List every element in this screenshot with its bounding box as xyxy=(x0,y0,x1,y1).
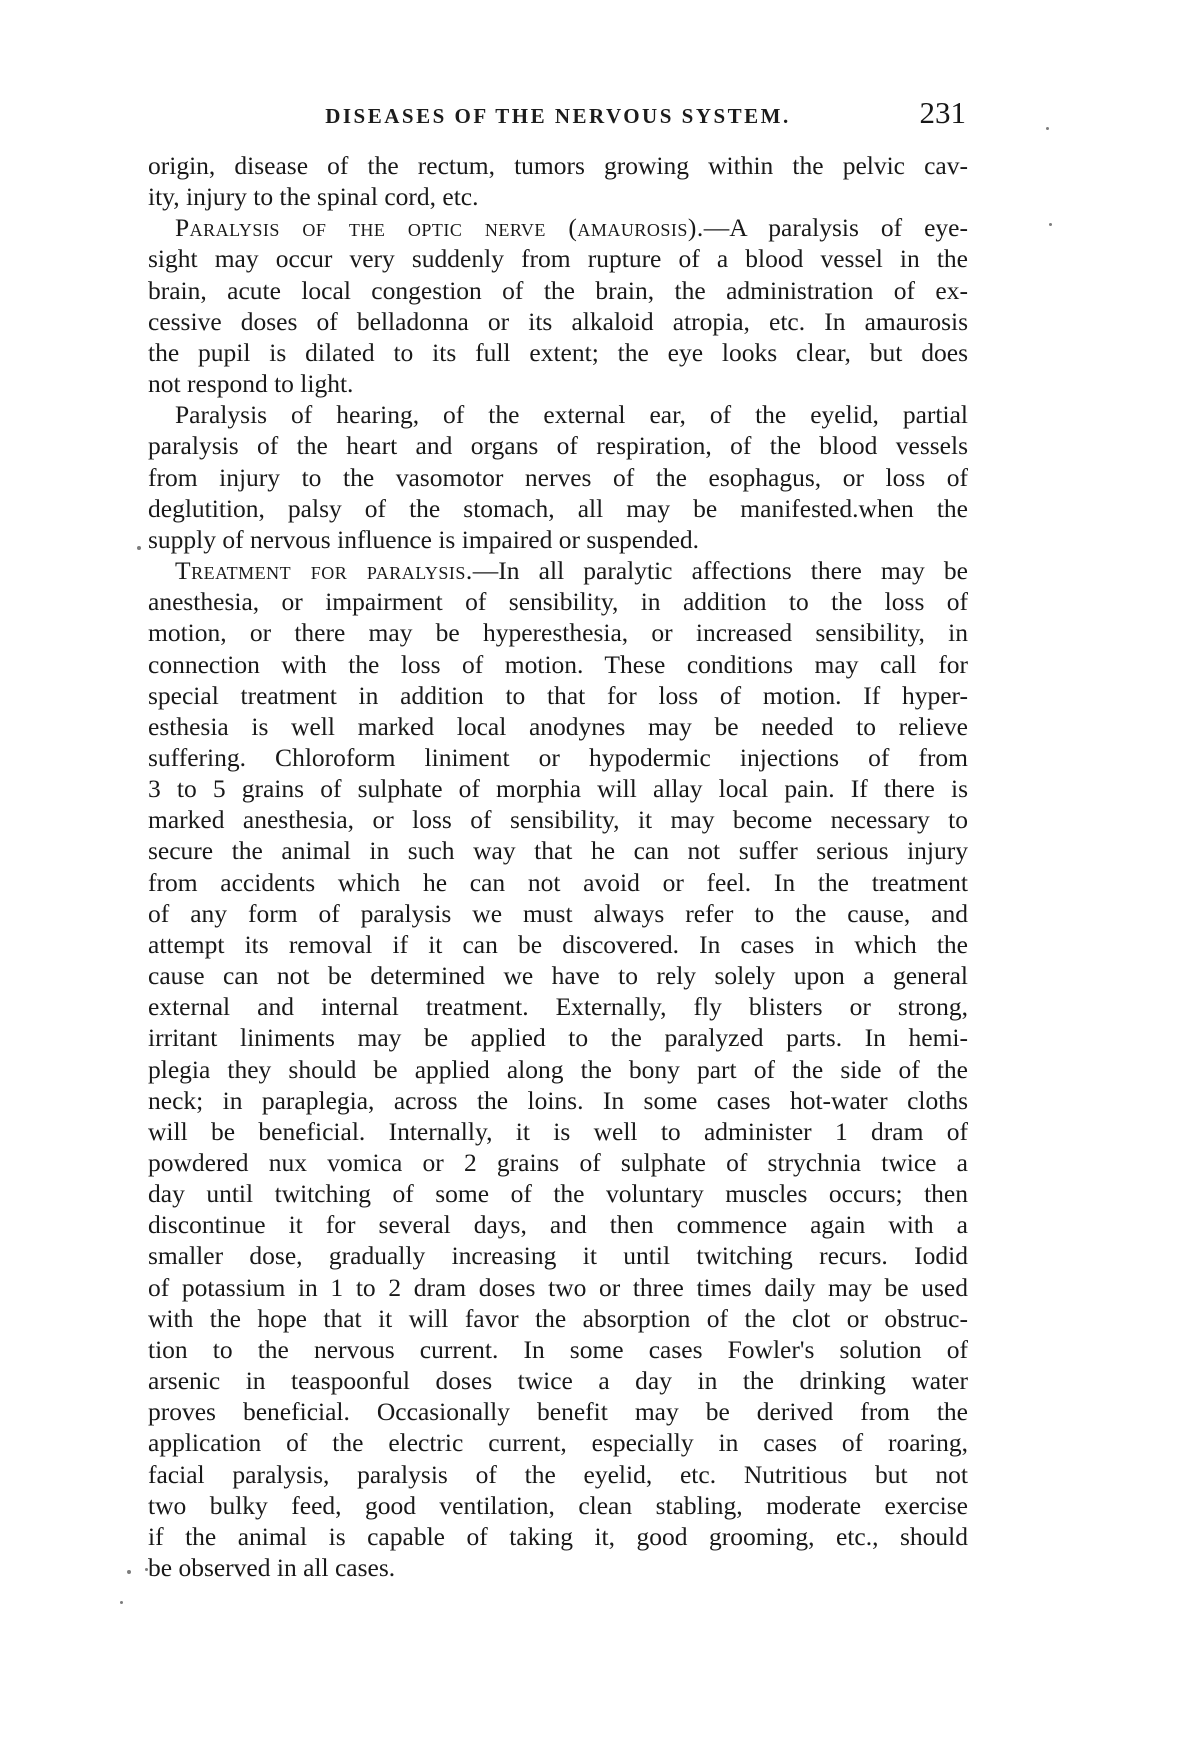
text-segment: special treatment in addition to that fo… xyxy=(148,681,968,710)
text-segment: —A paralysis of eye- xyxy=(704,213,968,242)
text-segment: be observed in all cases. xyxy=(148,1553,395,1582)
text-segment: arsenic in teaspoonful doses twice a day… xyxy=(148,1366,968,1395)
scan-speck xyxy=(137,546,141,550)
text-segment: —In all paralytic affections there may b… xyxy=(473,556,968,585)
text-line: special treatment in addition to that fo… xyxy=(148,680,968,711)
text-line: the pupil is dilated to its full extent;… xyxy=(148,337,968,368)
text-segment: origin, disease of the rectum, tumors gr… xyxy=(148,151,968,180)
text-segment: the pupil is dilated to its full extent;… xyxy=(148,338,968,367)
text-line: from accidents which he can not avoid or… xyxy=(148,867,968,898)
text-line: supply of nervous influence is impaired … xyxy=(148,524,968,555)
text-segment: cause can not be determined we have to r… xyxy=(148,961,968,990)
text-segment: of any form of paralysis we must always … xyxy=(148,899,968,928)
text-line: tion to the nervous current. In some cas… xyxy=(148,1334,968,1365)
text-line: deglutition, palsy of the stomach, all m… xyxy=(148,493,968,524)
text-line: be observed in all cases. xyxy=(148,1552,968,1583)
text-segment: ity, injury to the spinal cord, etc. xyxy=(148,182,478,211)
text-line: secure the animal in such way that he ca… xyxy=(148,835,968,866)
text-line: esthesia is well marked local anodynes m… xyxy=(148,711,968,742)
text-line: plegia they should be applied along the … xyxy=(148,1054,968,1085)
page-number: 231 xyxy=(920,95,967,131)
text-segment: motion, or there may be hyperesthesia, o… xyxy=(148,618,968,647)
text-segment: brain, acute local congestion of the bra… xyxy=(148,276,968,305)
text-segment: from accidents which he can not avoid or… xyxy=(148,868,968,897)
text-segment: Paralysis of hearing, of the external ea… xyxy=(175,400,968,429)
text-segment: powdered nux vomica or 2 grains of sulph… xyxy=(148,1148,968,1177)
text-segment: paralysis of the heart and organs of res… xyxy=(148,431,968,460)
text-segment: tion to the nervous current. In some cas… xyxy=(148,1335,968,1364)
text-segment: facial paralysis, paralysis of the eyeli… xyxy=(148,1460,968,1489)
text-line: cessive doses of belladonna or its alkal… xyxy=(148,306,968,337)
text-segment: proves beneficial. Occasionally benefit … xyxy=(148,1397,968,1426)
text-segment: irritant liniments may be applied to the… xyxy=(148,1023,968,1052)
text-line: not respond to light. xyxy=(148,368,968,399)
running-title: DISEASES OF THE NERVOUS SYSTEM. xyxy=(148,104,968,129)
text-segment: will be beneficial. Internally, it is we… xyxy=(148,1117,968,1146)
text-segment: not respond to light. xyxy=(148,369,353,398)
text-line: proves beneficial. Occasionally benefit … xyxy=(148,1396,968,1427)
text-segment: deglutition, palsy of the stomach, all m… xyxy=(148,494,968,523)
text-line: powdered nux vomica or 2 grains of sulph… xyxy=(148,1147,968,1178)
text-line: Paralysis of hearing, of the external ea… xyxy=(148,399,968,430)
text-line: of potassium in 1 to 2 dram doses two or… xyxy=(148,1272,968,1303)
text-segment: with the hope that it will favor the abs… xyxy=(148,1304,968,1333)
text-segment: cessive doses of belladonna or its alkal… xyxy=(148,307,968,336)
book-page: DISEASES OF THE NERVOUS SYSTEM. 231 orig… xyxy=(0,0,1200,1739)
text-line: will be beneficial. Internally, it is we… xyxy=(148,1116,968,1147)
text-line: facial paralysis, paralysis of the eyeli… xyxy=(148,1459,968,1490)
text-segment: two bulky feed, good ventilation, clean … xyxy=(148,1491,968,1520)
text-line: motion, or there may be hyperesthesia, o… xyxy=(148,617,968,648)
text-segment: of potassium in 1 to 2 dram doses two or… xyxy=(148,1273,968,1302)
text-line: discontinue it for several days, and the… xyxy=(148,1209,968,1240)
text-segment: esthesia is well marked local anodynes m… xyxy=(148,712,968,741)
text-segment: external and internal treatment. Externa… xyxy=(148,992,968,1021)
page-header: DISEASES OF THE NERVOUS SYSTEM. 231 xyxy=(148,98,968,132)
text-line: Paralysis of the optic nerve (amaurosis)… xyxy=(148,212,968,243)
text-segment: supply of nervous influence is impaired … xyxy=(148,525,699,554)
text-line: brain, acute local congestion of the bra… xyxy=(148,275,968,306)
text-line: suffering. Chloroform liniment or hypode… xyxy=(148,742,968,773)
text-segment: attempt its removal if it can be discove… xyxy=(148,930,968,959)
paragraph: Paralysis of the optic nerve (amaurosis)… xyxy=(148,212,968,399)
text-line: irritant liniments may be applied to the… xyxy=(148,1022,968,1053)
text-line: 3 to 5 grains of sulphate of morphia wil… xyxy=(148,773,968,804)
text-line: application of the electric current, esp… xyxy=(148,1427,968,1458)
scan-speck xyxy=(127,1570,131,1574)
text-segment: suffering. Chloroform liniment or hypode… xyxy=(148,743,968,772)
text-segment: application of the electric current, esp… xyxy=(148,1428,968,1457)
text-line: paralysis of the heart and organs of res… xyxy=(148,430,968,461)
text-line: external and internal treatment. Externa… xyxy=(148,991,968,1022)
text-line: day until twitching of some of the volun… xyxy=(148,1178,968,1209)
text-segment: secure the animal in such way that he ca… xyxy=(148,836,968,865)
scan-speck xyxy=(120,1601,123,1604)
text-line: two bulky feed, good ventilation, clean … xyxy=(148,1490,968,1521)
text-segment: neck; in paraplegia, across the loins. I… xyxy=(148,1086,968,1115)
text-line: attempt its removal if it can be discove… xyxy=(148,929,968,960)
section-heading: Treatment for paralysis. xyxy=(175,556,473,585)
text-line: origin, disease of the rectum, tumors gr… xyxy=(148,150,968,181)
scan-speck xyxy=(1046,127,1049,130)
text-segment: sight may occur very suddenly from ruptu… xyxy=(148,244,968,273)
text-line: ity, injury to the spinal cord, etc. xyxy=(148,181,968,212)
text-segment: day until twitching of some of the volun… xyxy=(148,1179,968,1208)
text-line: Treatment for paralysis.—In all paralyti… xyxy=(148,555,968,586)
paragraph: Treatment for paralysis.—In all paralyti… xyxy=(148,555,968,1583)
text-segment: connection with the loss of motion. Thes… xyxy=(148,650,968,679)
text-line: with the hope that it will favor the abs… xyxy=(148,1303,968,1334)
paragraph: Paralysis of hearing, of the external ea… xyxy=(148,399,968,555)
text-segment: 3 to 5 grains of sulphate of morphia wil… xyxy=(148,774,968,803)
text-line: connection with the loss of motion. Thes… xyxy=(148,649,968,680)
section-heading: Paralysis of the optic nerve (amaurosis)… xyxy=(175,213,704,242)
scan-speck xyxy=(145,1568,148,1571)
text-line: of any form of paralysis we must always … xyxy=(148,898,968,929)
page-body: origin, disease of the rectum, tumors gr… xyxy=(148,150,968,1583)
text-segment: plegia they should be applied along the … xyxy=(148,1055,968,1084)
text-line: if the animal is capable of taking it, g… xyxy=(148,1521,968,1552)
text-line: anesthesia, or impairment of sensibility… xyxy=(148,586,968,617)
text-line: neck; in paraplegia, across the loins. I… xyxy=(148,1085,968,1116)
text-segment: from injury to the vasomotor nerves of t… xyxy=(148,463,968,492)
text-line: smaller dose, gradually increasing it un… xyxy=(148,1240,968,1271)
text-line: sight may occur very suddenly from ruptu… xyxy=(148,243,968,274)
text-segment: smaller dose, gradually increasing it un… xyxy=(148,1241,968,1270)
text-line: from injury to the vasomotor nerves of t… xyxy=(148,462,968,493)
text-line: cause can not be determined we have to r… xyxy=(148,960,968,991)
scan-speck xyxy=(1049,223,1052,226)
text-segment: marked anesthesia, or loss of sensibilit… xyxy=(148,805,968,834)
text-line: marked anesthesia, or loss of sensibilit… xyxy=(148,804,968,835)
text-line: arsenic in teaspoonful doses twice a day… xyxy=(148,1365,968,1396)
text-segment: if the animal is capable of taking it, g… xyxy=(148,1522,968,1551)
text-segment: discontinue it for several days, and the… xyxy=(148,1210,968,1239)
text-segment: anesthesia, or impairment of sensibility… xyxy=(148,587,968,616)
paragraph: origin, disease of the rectum, tumors gr… xyxy=(148,150,968,212)
